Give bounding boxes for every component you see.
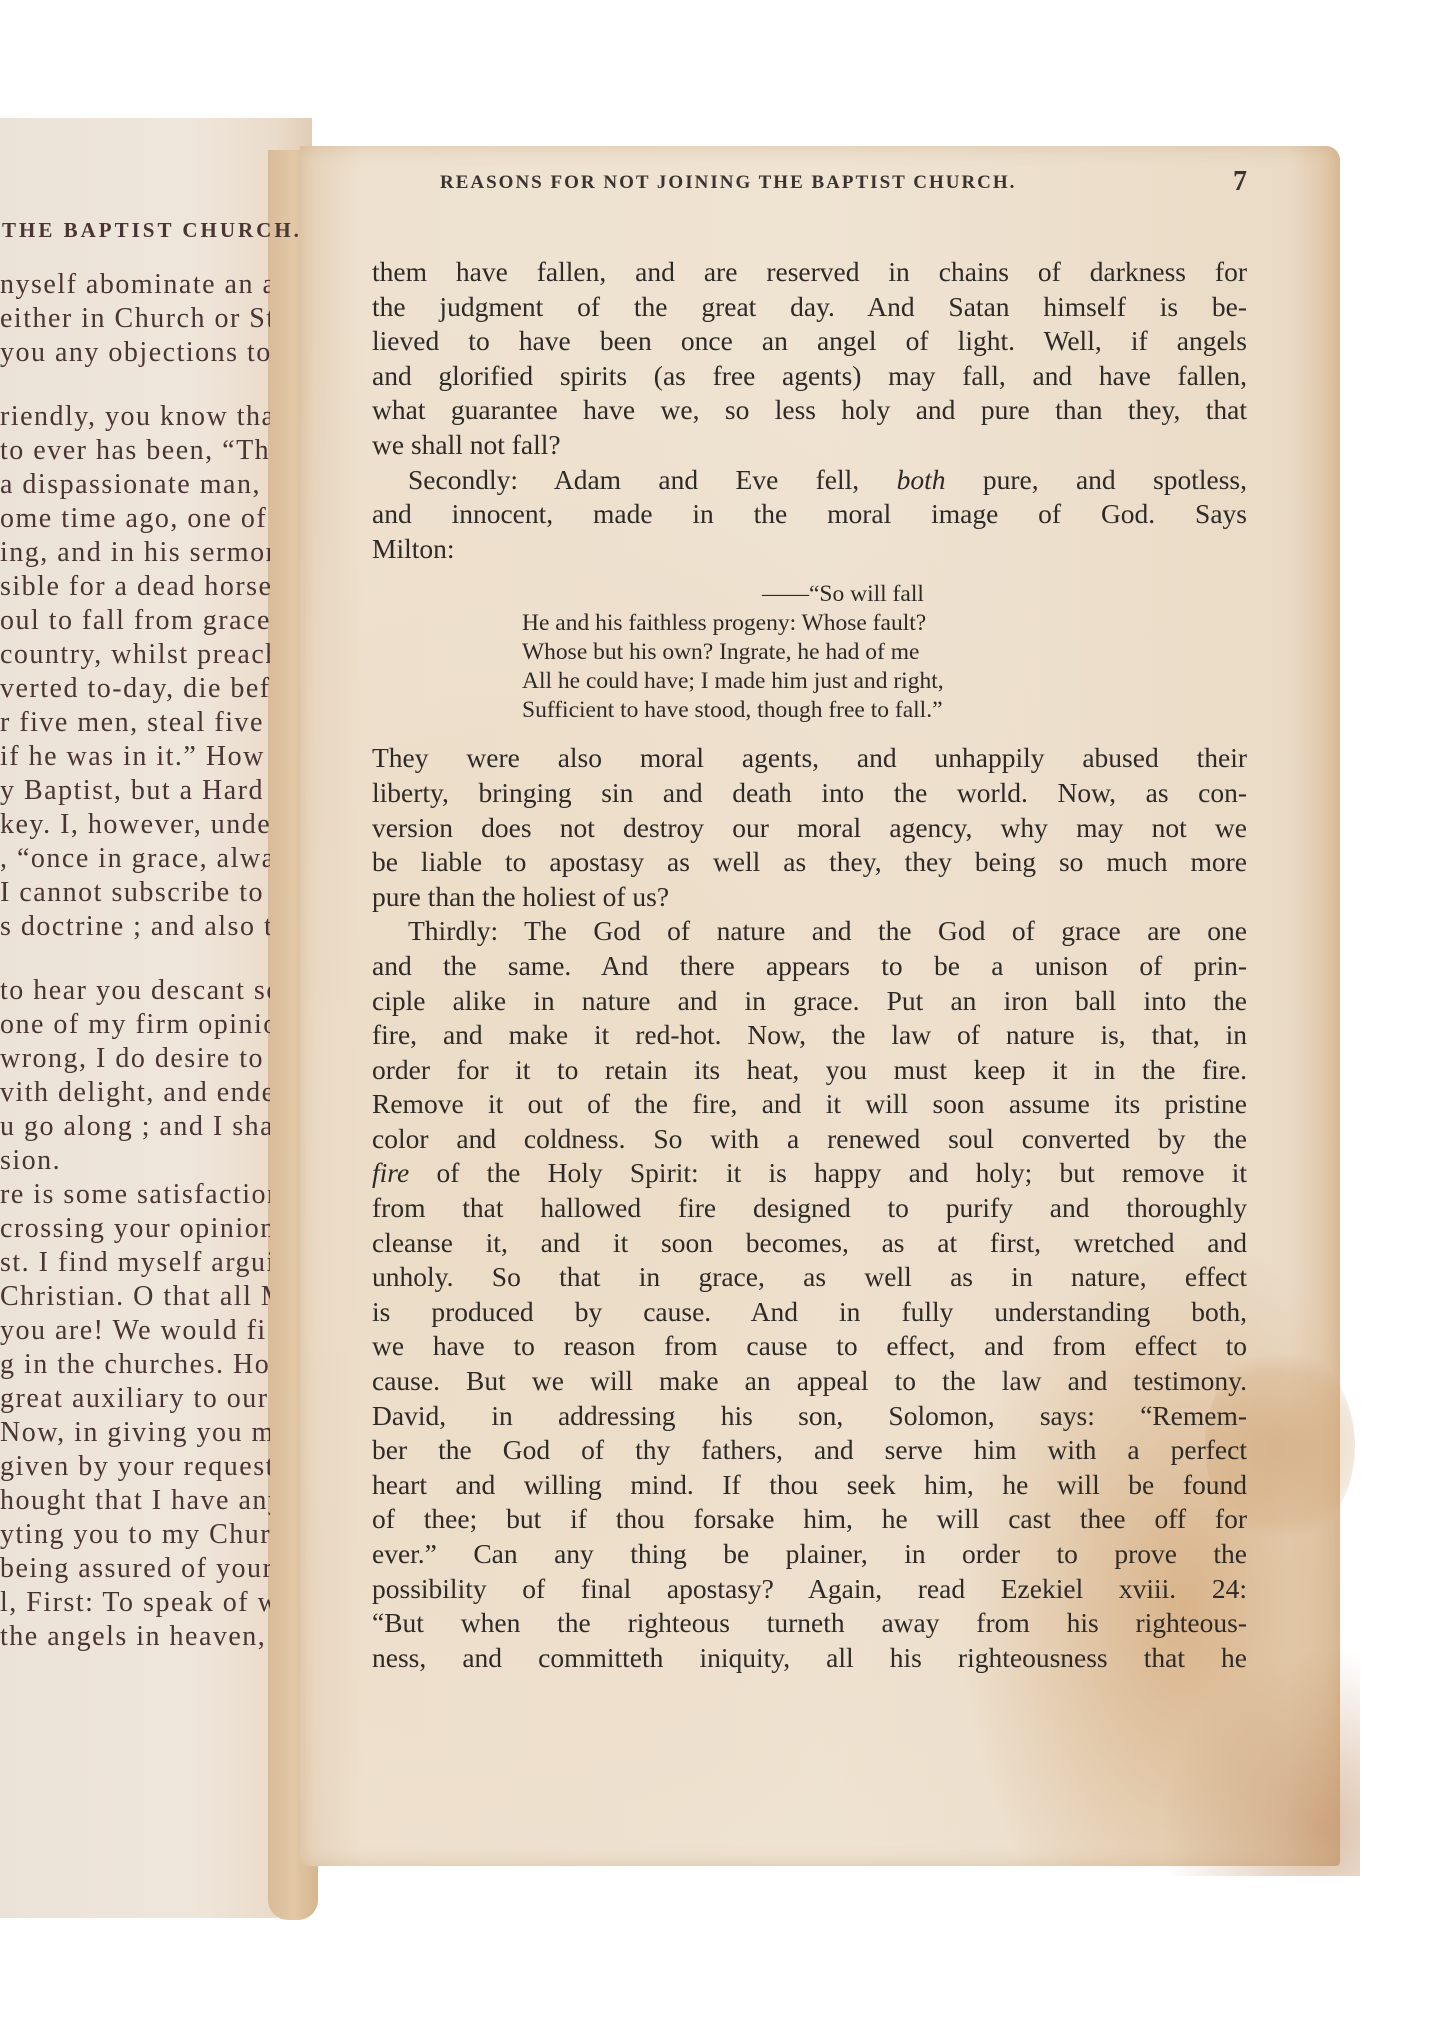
left-text-line: great auxiliary to our well bbox=[0, 1382, 270, 1416]
left-text-line: sible for a dead horse to bbox=[0, 570, 270, 604]
left-text-line: s doctrine ; and also that bbox=[0, 910, 270, 944]
text-line: Remove it out of the fire, and it will s… bbox=[372, 1087, 1247, 1122]
left-text-line: a dispassionate man, I bbox=[0, 468, 270, 502]
text-line: Secondly: Adam and Eve fell, both pure, … bbox=[372, 463, 1247, 498]
milton-verse-quote: ——“So will fallHe and his faithless prog… bbox=[372, 580, 1247, 725]
left-text-line: country, whilst preach bbox=[0, 638, 270, 672]
left-text-line: oul to fall from grace.” bbox=[0, 604, 270, 638]
text-line: and glorified spirits (as free agents) m… bbox=[372, 359, 1247, 394]
verse-line: Sufficient to have stood, though free to… bbox=[372, 696, 1247, 725]
left-text-line: ome time ago, one of p bbox=[0, 502, 270, 536]
left-text-line: you any objections to o bbox=[0, 336, 270, 370]
body-text: them have fallen, and are reserved in ch… bbox=[372, 255, 1247, 1675]
left-text-line: re is some satisfaction in bbox=[0, 1178, 270, 1212]
left-text-line: you are! We would fi bbox=[0, 1314, 270, 1348]
text-line: cause. But we will make an appeal to the… bbox=[372, 1364, 1247, 1399]
left-text-line: I cannot subscribe to su bbox=[0, 876, 270, 910]
text-line: cleanse it, and it soon becomes, as at f… bbox=[372, 1226, 1247, 1261]
left-text-line: vith delight, and endeav bbox=[0, 1076, 270, 1110]
verse-line: Whose but his own? Ingrate, he had of me bbox=[372, 638, 1247, 667]
text-line: from that hallowed fire designed to puri… bbox=[372, 1191, 1247, 1226]
text-line: and the same. And there appears to be a … bbox=[372, 949, 1247, 984]
left-text-line: one of my firm opinion bbox=[0, 1008, 270, 1042]
left-text-line: st. I find myself arguing bbox=[0, 1246, 270, 1280]
text-line: we have to reason from cause to effect, … bbox=[372, 1329, 1247, 1364]
text-line: “But when the righteous turneth away fro… bbox=[372, 1606, 1247, 1641]
text-line: version does not destroy our moral agenc… bbox=[372, 811, 1247, 846]
text-line: lieved to have been once an angel of lig… bbox=[372, 324, 1247, 359]
text-line: possibility of final apostasy? Again, re… bbox=[372, 1572, 1247, 1607]
text-line: Milton: bbox=[372, 532, 1247, 567]
left-text-line: to hear you descant some bbox=[0, 974, 270, 1008]
verse-line: ——“So will fall bbox=[372, 580, 1247, 609]
left-text-line: Christian. O that all Me bbox=[0, 1280, 270, 1314]
left-running-head: THE BAPTIST CHURCH. bbox=[2, 218, 302, 243]
left-text-line: sion. bbox=[0, 1144, 270, 1178]
text-line: pure than the holiest of us? bbox=[372, 880, 1247, 915]
text-line: ciple alike in nature and in grace. Put … bbox=[372, 984, 1247, 1019]
text-line: heart and willing mind. If thou seek him… bbox=[372, 1468, 1247, 1503]
running-head: REASONS FOR NOT JOINING THE BAPTIST CHUR… bbox=[440, 172, 1240, 194]
text-line: ber the God of thy fathers, and serve hi… bbox=[372, 1433, 1247, 1468]
left-text-line: given by your request bbox=[0, 1450, 270, 1484]
text-line: color and coldness. So with a renewed so… bbox=[372, 1122, 1247, 1157]
text-line: liberty, bringing sin and death into the… bbox=[372, 776, 1247, 811]
left-text-line: l, First: To speak of wh bbox=[0, 1586, 270, 1620]
text-line: Thirdly: The God of nature and the God o… bbox=[372, 914, 1247, 949]
left-text-line: if he was in it.” How bbox=[0, 740, 270, 774]
paragraph-secondly: Secondly: Adam and Eve fell, both pure, … bbox=[372, 463, 1247, 567]
left-text-line: ing, and in his sermon bbox=[0, 536, 270, 570]
text-line: order for it to retain its heat, you mus… bbox=[372, 1053, 1247, 1088]
left-text-line: u go along ; and I shall bbox=[0, 1110, 270, 1144]
text-line: ness, and committeth iniquity, all his r… bbox=[372, 1641, 1247, 1676]
left-text-line: to ever has been, “Th bbox=[0, 434, 270, 468]
left-text-line: wrong, I do desire to be bbox=[0, 1042, 270, 1076]
text-line: of thee; but if thou forsake him, he wil… bbox=[372, 1502, 1247, 1537]
left-text-line: riendly, you know that I bbox=[0, 400, 270, 434]
paragraph-fallen-angels: them have fallen, and are reserved in ch… bbox=[372, 255, 1247, 463]
left-text-line: either in Church or Sta bbox=[0, 302, 270, 336]
text-line: fire of the Holy Spirit: it is happy and… bbox=[372, 1156, 1247, 1191]
verse-line: He and his faithless progeny: Whose faul… bbox=[372, 609, 1247, 638]
left-text-line: yting you to my Church bbox=[0, 1518, 270, 1552]
left-text-line: y Baptist, but a Hard Sh bbox=[0, 774, 270, 808]
left-text-line: g in the churches. Ho bbox=[0, 1348, 270, 1382]
paragraph-thirdly: Thirdly: The God of nature and the God o… bbox=[372, 914, 1247, 1675]
text-line: them have fallen, and are reserved in ch… bbox=[372, 255, 1247, 290]
text-line: fire, and make it red-hot. Now, the law … bbox=[372, 1018, 1247, 1053]
text-line: David, in addressing his son, Solomon, s… bbox=[372, 1399, 1247, 1434]
left-page-text: nyself abominate an arieither in Church … bbox=[0, 268, 270, 1654]
left-text-line: crossing your opinions bbox=[0, 1212, 270, 1246]
text-line: what guarantee have we, so less holy and… bbox=[372, 393, 1247, 428]
left-text-line: r five men, steal five h bbox=[0, 706, 270, 740]
left-text-line: hought that I have any bbox=[0, 1484, 270, 1518]
left-text-line: nyself abominate an ari bbox=[0, 268, 270, 302]
left-text-line: key. I, however, unders bbox=[0, 808, 270, 842]
left-text-line: , “once in grace, alway bbox=[0, 842, 270, 876]
text-line: we shall not fall? bbox=[372, 428, 1247, 463]
left-text-line: being assured of your at bbox=[0, 1552, 270, 1586]
page-number: 7 bbox=[1233, 166, 1247, 198]
left-text-line: verted to-day, die before bbox=[0, 672, 270, 706]
corner-foxing bbox=[1160, 1646, 1360, 1876]
left-text-line: Now, in giving you my bbox=[0, 1416, 270, 1450]
left-text-line: the angels in heaven, m bbox=[0, 1620, 270, 1654]
text-line: They were also moral agents, and unhappi… bbox=[372, 741, 1247, 776]
text-line: the judgment of the great day. And Satan… bbox=[372, 290, 1247, 325]
text-line: is produced by cause. And in fully under… bbox=[372, 1295, 1247, 1330]
text-line: be liable to apostasy as well as they, t… bbox=[372, 845, 1247, 880]
text-line: and innocent, made in the moral image of… bbox=[372, 497, 1247, 532]
text-line: ever.” Can any thing be plainer, in orde… bbox=[372, 1537, 1247, 1572]
paragraph-moral-agents: They were also moral agents, and unhappi… bbox=[372, 741, 1247, 914]
verse-line: All he could have; I made him just and r… bbox=[372, 667, 1247, 696]
text-line: unholy. So that in grace, as well as in … bbox=[372, 1260, 1247, 1295]
